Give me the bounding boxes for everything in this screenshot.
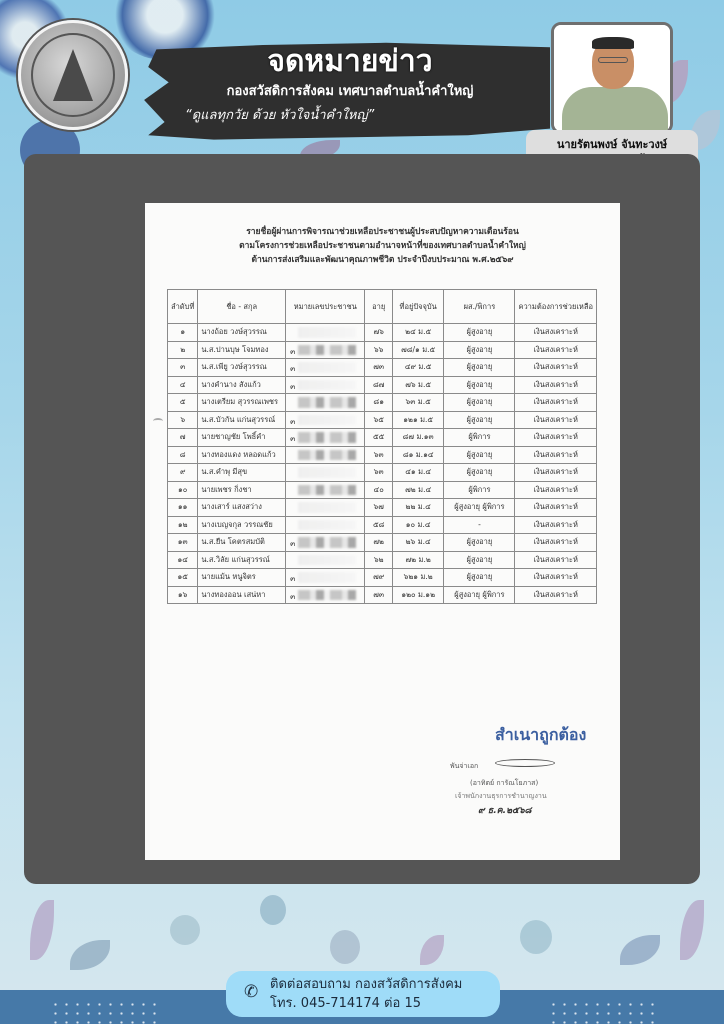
cell-no: ๒ (168, 341, 198, 359)
table-row: ๔นางคำนาง สังแก้ว๓๘๗๗๖ ม.๕ผู้สูงอายุเงิน… (168, 376, 597, 394)
redaction-blur (298, 590, 356, 601)
table-header-row: ลำดับที่ ชื่อ - สกุล หมายเลขประชาชน อายุ… (168, 290, 597, 324)
col-need: ความต้องการช่วยเหลือ (515, 290, 597, 324)
phone-icon: ✆ (244, 983, 258, 1002)
cell-age: ๕๕ (365, 429, 392, 447)
signer-position: เจ้าพนักงานธุรการชำนาญงาน (455, 791, 547, 802)
redaction-blur (298, 397, 356, 408)
redaction-blur (298, 362, 356, 373)
beneficiary-table: ลำดับที่ ชื่อ - สกุล หมายเลขประชาชน อายุ… (167, 289, 597, 604)
cell-need: เงินสงเคราะห์ (515, 499, 597, 517)
cell-need: เงินสงเคราะห์ (515, 429, 597, 447)
table-row: ๒น.ส.ปานบุษ โจมทอง๓๖๖๗๘/๑ ม.๕ผู้สูงอายุเ… (168, 341, 597, 359)
contact-pill[interactable]: ✆ ติดต่อสอบถาม กองสวัสดิการสังคม โทร. 04… (226, 971, 500, 1017)
cell-status: - (444, 516, 515, 534)
table-row: ๕นางเตรียม สุวรรณเพชร๘๑๖๓ ม.๕ผู้สูงอายุเ… (168, 394, 597, 412)
cell-address: ๔๑ ม.๔ (392, 464, 443, 482)
redaction-blur (298, 502, 356, 513)
cell-address: ๖๒๑ ม.๒ (392, 569, 443, 587)
person-portrait (554, 25, 670, 131)
cell-address: ๖๓ ม.๕ (392, 394, 443, 412)
redaction-blur (298, 345, 356, 356)
cell-age: ๖๖ (365, 341, 392, 359)
certified-copy-stamp: สำเนาถูกต้อง (495, 723, 586, 748)
cell-id-redacted: ๓ (286, 411, 365, 429)
table-row: ๑๐นายเพชร กิ่งชา๔๐๗๒ ม.๔ผู้พิการเงินสงเค… (168, 481, 597, 499)
cell-name: นายชาญชัย โพธิ์คำ (198, 429, 286, 447)
cell-no: ๑๐ (168, 481, 198, 499)
cell-no: ๓ (168, 359, 198, 377)
cell-name: นางเตรียม สุวรรณเพชร (198, 394, 286, 412)
contact-line-1: ติดต่อสอบถาม กองสวัสดิการสังคม (270, 975, 500, 994)
cell-need: เงินสงเคราะห์ (515, 481, 597, 499)
cell-address: ๒๖ ม.๔ (392, 534, 443, 552)
page-title: จดหมายข่าว (170, 38, 530, 85)
cell-id-redacted (286, 464, 365, 482)
redaction-blur (298, 327, 356, 338)
cell-age: ๔๐ (365, 481, 392, 499)
cell-need: เงินสงเคราะห์ (515, 411, 597, 429)
cell-name: น.ส.วิลัย แก่นสุวรรณ์ (198, 551, 286, 569)
page-subtitle: กองสวัสดิการสังคม เทศบาลตำบลน้ำคำใหญ่ (170, 80, 530, 101)
redaction-blur (298, 485, 356, 496)
cell-name: นายเพชร กิ่งชา (198, 481, 286, 499)
table-row: ๘นางทองแดง หลอดแก้ว๖๓๘๑ ม.๑๔ผู้สูงอายุเง… (168, 446, 597, 464)
cell-need: เงินสงเคราะห์ (515, 569, 597, 587)
cell-name: นางทองออน เสน่หา (198, 586, 286, 604)
cell-address: ๗๘/๑ ม.๕ (392, 341, 443, 359)
redaction-blur (298, 555, 356, 566)
cell-name: น.ส.เพียู วงษ์สุวรรณ (198, 359, 286, 377)
cell-age: ๖๕ (365, 411, 392, 429)
signer-name: (อาทิตย์ การัณโยภาส) (470, 778, 538, 789)
table-row: ๖น.ส.บัวกัน แก่นสุวรรณ์๓๖๕๑๒๑ ม.๕ผู้สูงอ… (168, 411, 597, 429)
cell-address: ๗๒ ม.๔ (392, 481, 443, 499)
cell-age: ๕๘ (365, 516, 392, 534)
slogan: “ดูแลทุกวัย ด้วย หัวใจน้ำคำใหญ่” (185, 104, 374, 125)
cell-need: เงินสงเคราะห์ (515, 359, 597, 377)
cell-id-redacted: ๓ (286, 534, 365, 552)
cell-need: เงินสงเคราะห์ (515, 446, 597, 464)
cell-status: ผู้พิการ (444, 481, 515, 499)
cell-age: ๖๓ (365, 464, 392, 482)
cell-name: น.ส.ยืน โคตรสมบัติ (198, 534, 286, 552)
cell-status: ผู้สูงอายุ (444, 341, 515, 359)
cell-need: เงินสงเคราะห์ (515, 394, 597, 412)
cell-no: ๑ (168, 324, 198, 342)
table-row: ๑๑นางเสาร์ แสงสว่าง๖๗๒๒ ม.๔ผู้สูงอายุ ผู… (168, 499, 597, 517)
cell-status: ผู้สูงอายุ ผู้พิการ (444, 586, 515, 604)
cell-id-redacted (286, 499, 365, 517)
cell-id-redacted: ๓ (286, 569, 365, 587)
col-status: ผส./พิการ (444, 290, 515, 324)
cell-no: ๑๒ (168, 516, 198, 534)
cell-name: นางคำนาง สังแก้ว (198, 376, 286, 394)
footer-dots-left (50, 1000, 160, 1024)
cell-id-redacted: ๓ (286, 359, 365, 377)
cell-need: เงินสงเคราะห์ (515, 534, 597, 552)
col-name: ชื่อ - สกุล (198, 290, 286, 324)
cell-need: เงินสงเคราะห์ (515, 551, 597, 569)
contact-phone[interactable]: โทร. 045-714174 ต่อ 15 (270, 994, 500, 1013)
cell-status: ผู้พิการ (444, 429, 515, 447)
cell-name: นายแม้น หนูจิตร (198, 569, 286, 587)
col-id: หมายเลขประชาชน (286, 290, 365, 324)
cell-age: ๘๑ (365, 394, 392, 412)
cell-need: เงินสงเคราะห์ (515, 376, 597, 394)
cell-name: น.ส.คำพุ มีสุข (198, 464, 286, 482)
redaction-blur (298, 537, 356, 548)
table-row: ๑๒นางเบญจกุล วรรณชัย๕๘๑๐ ม.๔-เงินสงเคราะ… (168, 516, 597, 534)
col-age: อายุ (365, 290, 392, 324)
cell-id-redacted: ๓ (286, 376, 365, 394)
cell-need: เงินสงเคราะห์ (515, 464, 597, 482)
cell-status: ผู้สูงอายุ (444, 411, 515, 429)
table-row: ๑นางถ้อย วงษ์สุวรรณ๗๖๒๔ ม.๕ผู้สูงอายุเงิ… (168, 324, 597, 342)
cell-id-redacted (286, 394, 365, 412)
cell-address: ๗๖ ม.๕ (392, 376, 443, 394)
redaction-blur (298, 450, 356, 461)
punch-hole (153, 418, 163, 424)
cell-status: ผู้สูงอายุ ผู้พิการ (444, 499, 515, 517)
cell-status: ผู้สูงอายุ (444, 359, 515, 377)
cell-no: ๑๓ (168, 534, 198, 552)
table-row: ๙น.ส.คำพุ มีสุข๖๓๔๑ ม.๔ผู้สูงอายุเงินสงเ… (168, 464, 597, 482)
cell-status: ผู้สูงอายุ (444, 534, 515, 552)
table-row: ๑๖นางทองออน เสน่หา๓๗๓๑๒๐ ม.๑๒ผู้สูงอายุ … (168, 586, 597, 604)
cell-address: ๘๑ ม.๑๔ (392, 446, 443, 464)
cell-id-redacted (286, 324, 365, 342)
table-row: ๑๓น.ส.ยืน โคตรสมบัติ๓๗๒๒๖ ม.๔ผู้สูงอายุเ… (168, 534, 597, 552)
signature-mark (495, 759, 555, 767)
cell-id-redacted (286, 516, 365, 534)
cell-age: ๗๖ (365, 324, 392, 342)
cell-no: ๑๑ (168, 499, 198, 517)
cell-no: ๔ (168, 376, 198, 394)
cell-status: ผู้สูงอายุ (444, 394, 515, 412)
cell-age: ๗๒ (365, 534, 392, 552)
signed-date: ๙ ธ.ค.๒๕๖๘ (478, 803, 531, 817)
cell-id-redacted: ๓ (286, 586, 365, 604)
cell-status: ผู้สูงอายุ (444, 376, 515, 394)
cell-address: ๑๐ ม.๔ (392, 516, 443, 534)
footer-dots-right (548, 1000, 658, 1024)
cell-address: ๒๒ ม.๔ (392, 499, 443, 517)
cell-id-redacted (286, 481, 365, 499)
municipality-seal-icon (18, 20, 128, 130)
cell-no: ๗ (168, 429, 198, 447)
cell-status: ผู้สูงอายุ (444, 569, 515, 587)
cell-no: ๑๖ (168, 586, 198, 604)
table-row: ๑๔น.ส.วิลัย แก่นสุวรรณ์๖๒๗๒ ม.๒ผู้สูงอาย… (168, 551, 597, 569)
cell-address: ๑๒๐ ม.๑๒ (392, 586, 443, 604)
cell-need: เงินสงเคราะห์ (515, 324, 597, 342)
table-row: ๗นายชาญชัย โพธิ์คำ๓๕๕๘๗ ม.๑๓ผู้พิการเงิน… (168, 429, 597, 447)
cell-no: ๙ (168, 464, 198, 482)
redaction-blur (298, 520, 356, 531)
table-row: ๑๕นายแม้น หนูจิตร๓๗๙๖๒๑ ม.๒ผู้สูงอายุเงิ… (168, 569, 597, 587)
cell-address: ๑๒๑ ม.๕ (392, 411, 443, 429)
cell-need: เงินสงเคราะห์ (515, 516, 597, 534)
redaction-blur (298, 432, 356, 443)
cell-id-redacted (286, 551, 365, 569)
cell-status: ผู้สูงอายุ (444, 446, 515, 464)
cell-address: ๒๔ ม.๕ (392, 324, 443, 342)
cell-name: นางทองแดง หลอดแก้ว (198, 446, 286, 464)
cell-id-redacted: ๓ (286, 429, 365, 447)
redaction-blur (298, 380, 356, 391)
signature-rank: พันจ่าเอก (450, 761, 478, 772)
cell-age: ๗๓ (365, 359, 392, 377)
redaction-blur (298, 467, 356, 478)
cell-status: ผู้สูงอายุ (444, 551, 515, 569)
cell-no: ๖ (168, 411, 198, 429)
cell-need: เงินสงเคราะห์ (515, 341, 597, 359)
cell-age: ๗๙ (365, 569, 392, 587)
cell-no: ๑๔ (168, 551, 198, 569)
cell-name: น.ส.บัวกัน แก่นสุวรรณ์ (198, 411, 286, 429)
cell-name: นางเสาร์ แสงสว่าง (198, 499, 286, 517)
document-heading: รายชื่อผู้ผ่านการพิจารณาช่วยเหลือประชาชน… (145, 225, 620, 267)
redaction-blur (298, 572, 356, 583)
cell-name: น.ส.ปานบุษ โจมทอง (198, 341, 286, 359)
cell-age: ๖๗ (365, 499, 392, 517)
cell-age: ๗๓ (365, 586, 392, 604)
cell-status: ผู้สูงอายุ (444, 324, 515, 342)
redaction-blur (298, 415, 356, 426)
mayor-photo (551, 22, 673, 134)
cell-age: ๖๒ (365, 551, 392, 569)
cell-no: ๘ (168, 446, 198, 464)
cell-age: ๘๗ (365, 376, 392, 394)
table-row: ๓น.ส.เพียู วงษ์สุวรรณ๓๗๓๔๙ ม.๕ผู้สูงอายุ… (168, 359, 597, 377)
cell-id-redacted: ๓ (286, 341, 365, 359)
cell-address: ๔๙ ม.๕ (392, 359, 443, 377)
cell-address: ๘๗ ม.๑๓ (392, 429, 443, 447)
cell-no: ๕ (168, 394, 198, 412)
cell-no: ๑๕ (168, 569, 198, 587)
cell-status: ผู้สูงอายุ (444, 464, 515, 482)
cell-need: เงินสงเคราะห์ (515, 586, 597, 604)
cell-name: นางเบญจกุล วรรณชัย (198, 516, 286, 534)
cell-name: นางถ้อย วงษ์สุวรรณ (198, 324, 286, 342)
col-address: ที่อยู่ปัจจุบัน (392, 290, 443, 324)
cell-id-redacted (286, 446, 365, 464)
mayor-name: นายรัตนพงษ์ จันทะวงษ์ (526, 136, 698, 153)
cell-address: ๗๒ ม.๒ (392, 551, 443, 569)
col-no: ลำดับที่ (168, 290, 198, 324)
document-page: รายชื่อผู้ผ่านการพิจารณาช่วยเหลือประชาชน… (145, 203, 620, 860)
cell-age: ๖๓ (365, 446, 392, 464)
